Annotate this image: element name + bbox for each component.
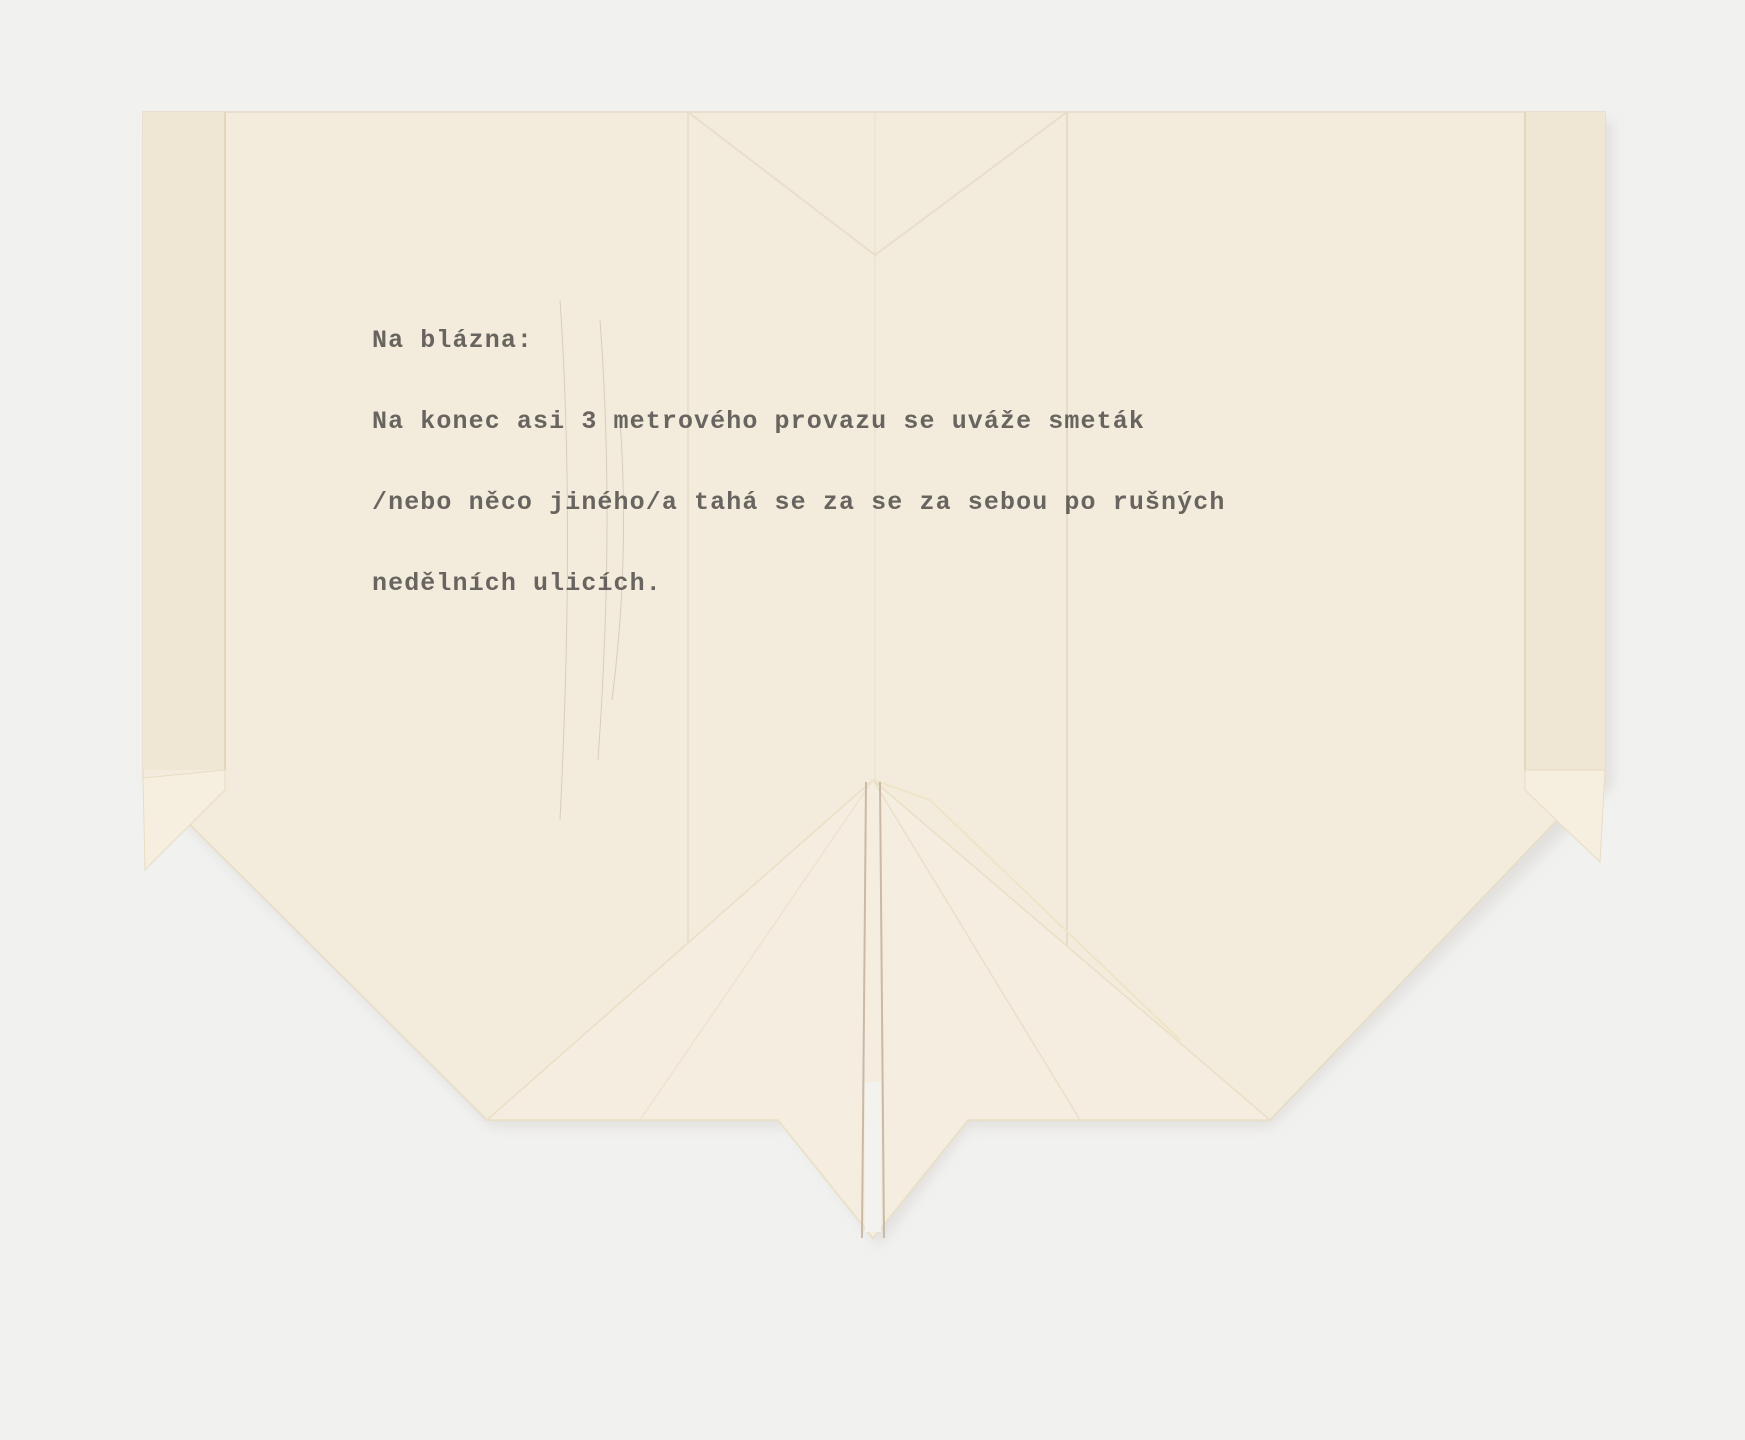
- note-heading: Na blázna:: [372, 327, 1225, 354]
- typewritten-text: Na blázna: Na konec asi 3 metrového prov…: [372, 273, 1225, 651]
- document-photo: Na blázna: Na konec asi 3 metrového prov…: [0, 0, 1745, 1440]
- right-flap: [1525, 112, 1605, 770]
- folded-paper: [0, 0, 1745, 1440]
- note-line-2: /nebo něco jiného/a tahá se za se za seb…: [372, 489, 1225, 516]
- note-line-3: nedělních ulicích.: [372, 570, 1225, 597]
- note-line-1: Na konec asi 3 metrového provazu se uváž…: [372, 408, 1225, 435]
- left-flap: [143, 112, 225, 770]
